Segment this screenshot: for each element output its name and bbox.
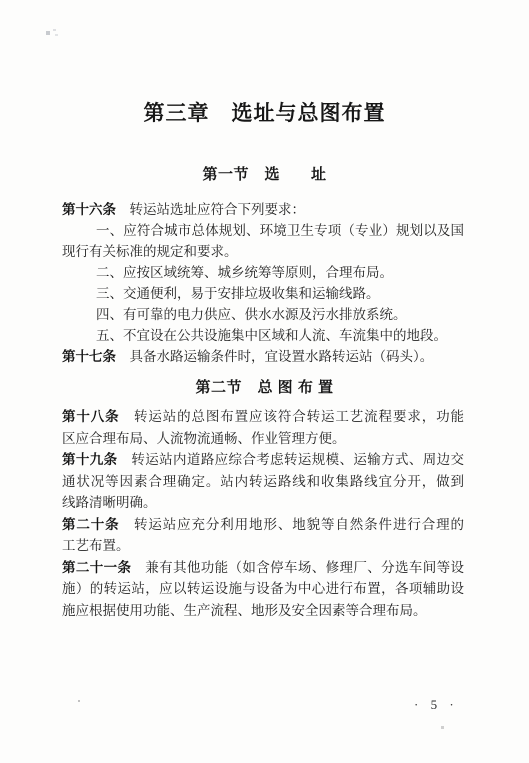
text-line: 现行有关标准的规定和要求。	[62, 241, 464, 262]
scan-artifact-mark	[46, 28, 60, 38]
line-text: 二、应按区域统筹、城乡统筹等原则，合理布局。	[96, 265, 393, 280]
text-line: 区应合理布局、人流物流通畅、作业管理方便。	[62, 428, 464, 450]
line-text: 转运站的总图布置应该符合转运工艺流程要求，功能	[120, 409, 464, 424]
line-text: 三、交通便利，易于安排垃圾收集和运输线路。	[96, 286, 380, 301]
line-text: 现行有关标准的规定和要求。	[62, 244, 238, 259]
text-line: 第十六条 转运站选址应符合下列要求：	[62, 199, 464, 220]
text-line: 一、应符合城市总体规划、环境卫生专项（专业）规划以及国家	[62, 220, 464, 241]
article-number: 第十八条	[62, 409, 120, 424]
article-number: 第十七条	[62, 349, 116, 364]
scan-speck	[78, 700, 80, 702]
text-line: 第二十一条 兼有其他功能（如含停车场、修理厂、分选车间等设	[62, 557, 464, 579]
line-text: 通状况等因素合理确定。站内转运路线和收集路线宜分开，做到	[62, 474, 464, 489]
article-number: 第二十条	[62, 517, 120, 532]
text-line: 五、不宜设在公共设施集中区域和人流、车流集中的地段。	[62, 325, 464, 346]
document-page: 第三章 选址与总图布置 第一节 选 址 第十六条 转运站选址应符合下列要求： 一…	[0, 0, 529, 763]
text-line: 第十七条 具备水路运输条件时，宜设置水路转运站（码头）。	[62, 346, 464, 367]
article-number: 第十六条	[62, 202, 116, 217]
line-text: 一、应符合城市总体规划、环境卫生专项（专业）规划以及国家	[96, 223, 464, 241]
section-1-title: 第一节 选 址	[0, 163, 529, 184]
section-1-body: 第十六条 转运站选址应符合下列要求： 一、应符合城市总体规划、环境卫生专项（专业…	[62, 199, 464, 367]
line-text: 兼有其他功能（如含停车场、修理厂、分选车间等设	[131, 560, 464, 575]
article-number: 第二十一条	[62, 560, 131, 575]
line-text: 工艺布置。	[62, 538, 130, 553]
article-number: 第十九条	[62, 452, 118, 467]
section-2-title: 第二节 总 图 布 置	[0, 376, 529, 397]
line-text: 转运站内道路应综合考虑转运规模、运输方式、周边交	[118, 452, 465, 467]
line-text: 五、不宜设在公共设施集中区域和人流、车流集中的地段。	[96, 328, 447, 343]
line-text: 具备水路运输条件时，宜设置水路转运站（码头）。	[116, 349, 433, 364]
text-line: 二、应按区域统筹、城乡统筹等原则，合理布局。	[62, 262, 464, 283]
text-line: 第十九条 转运站内道路应综合考虑转运规模、运输方式、周边交	[62, 449, 464, 471]
line-text: 四、有可靠的电力供应、供水水源及污水排放系统。	[96, 307, 407, 322]
line-text: 转运站选址应符合下列要求：	[116, 202, 305, 217]
line-text: 施应根据使用功能、生产流程、地形及安全因素等合理布局。	[62, 603, 427, 618]
text-line: 线路清晰明确。	[62, 492, 464, 514]
text-line: 四、有可靠的电力供应、供水水源及污水排放系统。	[62, 304, 464, 325]
page-number: · 5 ·	[414, 697, 456, 713]
section-2-body: 第十八条 转运站的总图布置应该符合转运工艺流程要求，功能 区应合理布局、人流物流…	[62, 406, 464, 621]
line-text: 线路清晰明确。	[62, 495, 157, 510]
chapter-title: 第三章 选址与总图布置	[0, 97, 529, 127]
line-text: 施）的转运站，应以转运设施与设备为中心进行布置，各项辅助设	[62, 581, 464, 596]
text-line: 三、交通便利，易于安排垃圾收集和运输线路。	[62, 283, 464, 304]
text-line: 施应根据使用功能、生产流程、地形及安全因素等合理布局。	[62, 600, 464, 622]
line-text: 区应合理布局、人流物流通畅、作业管理方便。	[62, 431, 346, 446]
line-text: 转运站应充分利用地形、地貌等自然条件进行合理的	[120, 517, 464, 532]
scan-speck	[441, 726, 444, 729]
text-line: 施）的转运站，应以转运设施与设备为中心进行布置，各项辅助设	[62, 578, 464, 600]
text-line: 第十八条 转运站的总图布置应该符合转运工艺流程要求，功能	[62, 406, 464, 428]
text-line: 工艺布置。	[62, 535, 464, 557]
text-line: 通状况等因素合理确定。站内转运路线和收集路线宜分开，做到	[62, 471, 464, 493]
text-line: 第二十条 转运站应充分利用地形、地貌等自然条件进行合理的	[62, 514, 464, 536]
